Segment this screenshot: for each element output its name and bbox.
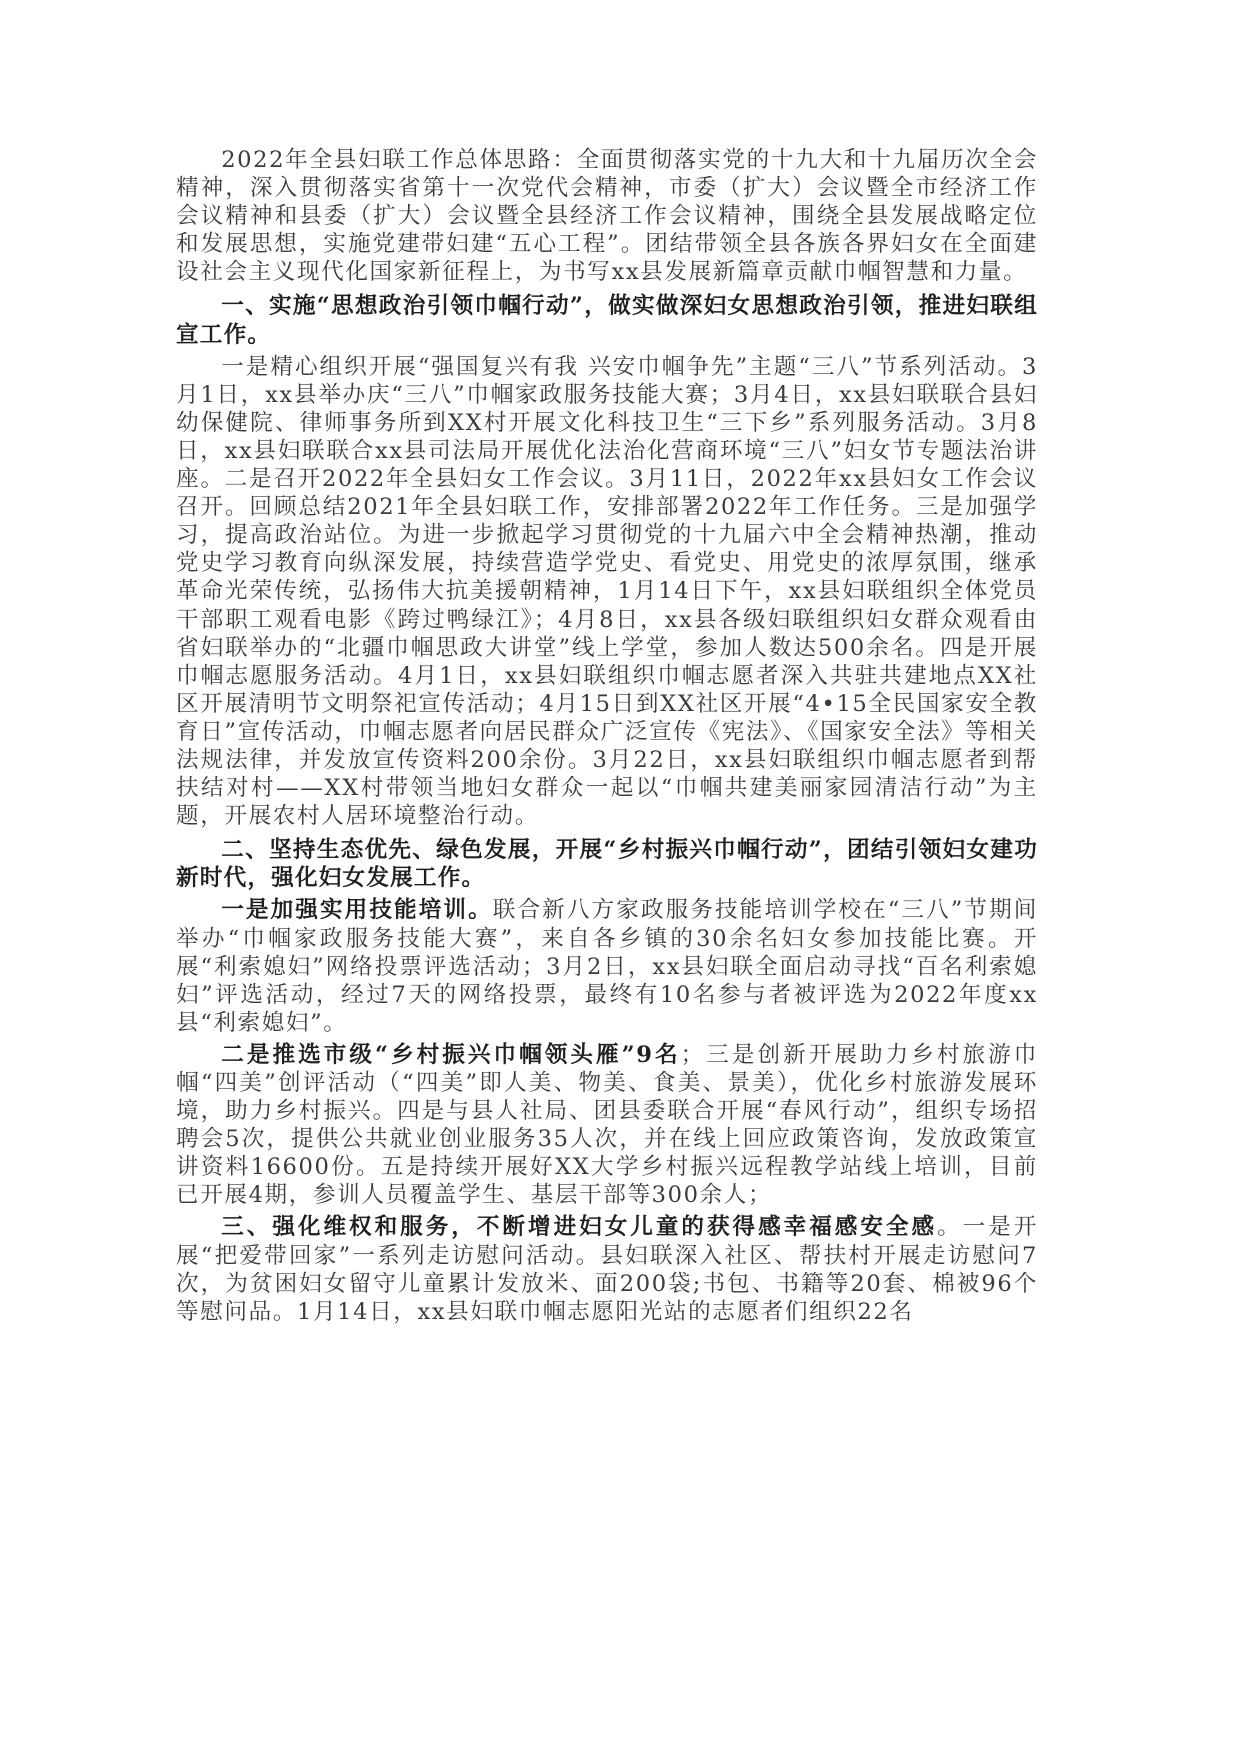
section-1-body-paragraph: 一是精心组织开展“强国复兴有我 兴安巾帼争先”主题“三八”节系列活动。3月1日，… bbox=[176, 353, 1038, 831]
rural-revitalization-paragraph: 二是推选市级“乡村振兴巾帼领头雁”9名；三是创新开展助力乡村旅游巾帼“四美”创评… bbox=[176, 1041, 1038, 1210]
section-heading-2: 二、坚持生态优先、绿色发展，开展“乡村振兴巾帼行动”，团结引领妇女建功新时代，强… bbox=[176, 836, 1038, 892]
section-heading-1: 一、实施“思想政治引领巾帼行动”，做实做深妇女思想政治引领，推进妇联组宣工作。 bbox=[176, 292, 1038, 348]
skills-training-paragraph: 一是加强实用技能培训。联合新八方家政服务技能培训学校在“三八”节期间举办“巾帼家… bbox=[176, 896, 1038, 1036]
rural-revitalization-lead: 二是推选市级“乡村振兴巾帼领头雁”9名 bbox=[221, 1042, 680, 1068]
skills-training-lead: 一是加强实用技能培训。 bbox=[221, 897, 493, 923]
rights-services-paragraph: 三、强化维权和服务，不断增进妇女儿童的获得感幸福感安全感。一是开展“把爱带回家”… bbox=[176, 1213, 1038, 1325]
document-page: 2022年全县妇联工作总体思路：全面贯彻落实党的十九大和十九届历次全会精神，深入… bbox=[176, 146, 1038, 1330]
intro-paragraph: 2022年全县妇联工作总体思路：全面贯彻落实党的十九大和十九届历次全会精神，深入… bbox=[176, 146, 1038, 286]
section-heading-3: 三、强化维权和服务，不断增进妇女儿童的获得感幸福感安全感 bbox=[221, 1214, 937, 1240]
